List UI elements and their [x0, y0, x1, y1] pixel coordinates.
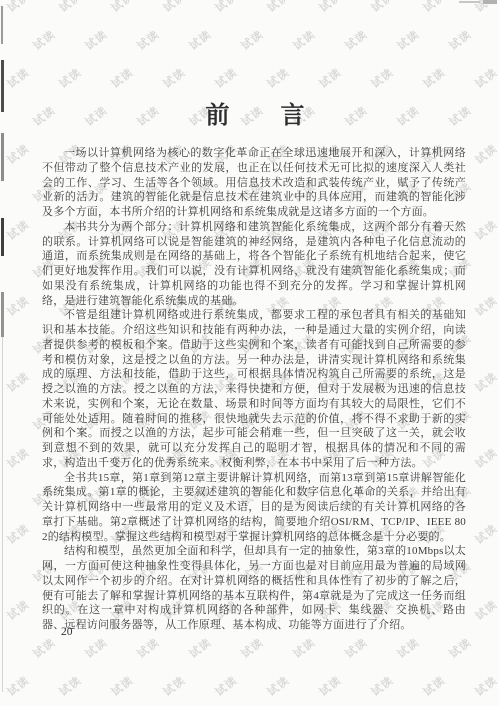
watermark-text: 试读: [264, 672, 293, 699]
watermark-text: 试读: [56, 672, 85, 699]
watermark-text: 试读: [342, 26, 371, 53]
watermark-text: 试读: [134, 634, 163, 661]
watermark-text: 试读: [472, 140, 499, 167]
watermark-text: 试读: [472, 596, 499, 623]
watermark-text: 试读: [368, 0, 397, 16]
watermark-text: 试读: [186, 634, 215, 661]
watermark-text: 试读: [472, 368, 499, 395]
watermark-text: 试读: [4, 520, 33, 547]
watermark-text: 试读: [56, 64, 85, 91]
watermark-text: 试读: [4, 64, 33, 91]
body-text: 一场以计算机网络为核心的数字化革命正在全球迅速地展开和深入，计算机网络不但带动了…: [42, 146, 466, 633]
watermark-text: 试读: [82, 634, 111, 661]
watermark-text: 试读: [108, 0, 137, 16]
scan-artifact-left-bar: [1, 6, 3, 44]
watermark-text: 试读: [316, 64, 345, 91]
watermark-text: 试读: [56, 0, 85, 16]
watermark-text: 试读: [4, 672, 33, 699]
watermark-text: 试读: [472, 292, 499, 319]
page-number: 20: [61, 626, 73, 638]
watermark-text: 试读: [160, 0, 189, 16]
paragraph: 全书共15章，第1章到第12章主要讲解计算机网络，而第13章到第15章讲解智能化…: [42, 471, 466, 545]
paragraph: 本书共分为两个部分：计算机网络和建筑智能化系统集成，这两个部分有着天然的联系。计…: [42, 220, 466, 309]
watermark-text: 试读: [212, 64, 241, 91]
scanned-page: 试读试读试读试读试读试读试读试读试读试读试读试读试读试读试读试读试读试读试读试读…: [0, 0, 499, 706]
watermark-text: 试读: [472, 672, 499, 699]
watermark-text: 试读: [472, 444, 499, 471]
watermark-text: 试读: [30, 26, 59, 53]
watermark-text: 试读: [4, 596, 33, 623]
watermark-text: 试读: [186, 26, 215, 53]
paragraph: 结构和模型，虽然更加全面和科学，但却具有一定的抽象性，第3章的10Mbps以太网…: [42, 544, 466, 633]
scan-artifact-top-right: [459, 1, 480, 3]
watermark-text: 试读: [420, 672, 449, 699]
watermark-text: 试读: [30, 634, 59, 661]
watermark-text: 试读: [368, 672, 397, 699]
watermark-text: 试读: [290, 634, 319, 661]
watermark-text: 试读: [4, 368, 33, 395]
watermark-text: 试读: [472, 64, 499, 91]
watermark-text: 试读: [212, 672, 241, 699]
watermark-text: 试读: [238, 26, 267, 53]
watermark-text: 试读: [394, 634, 423, 661]
watermark-text: 试读: [368, 64, 397, 91]
watermark-text: 试读: [342, 634, 371, 661]
watermark-text: 试读: [446, 26, 475, 53]
watermark-text: 试读: [4, 0, 33, 16]
paragraph: 一场以计算机网络为核心的数字化革命正在全球迅速地展开和深入，计算机网络不但带动了…: [42, 146, 466, 220]
watermark-text: 试读: [108, 64, 137, 91]
watermark-text: 试读: [160, 672, 189, 699]
watermark-text: 试读: [316, 672, 345, 699]
watermark-text: 试读: [4, 140, 33, 167]
page-title: 前 言: [0, 95, 499, 130]
watermark-text: 试读: [4, 444, 33, 471]
watermark-text: 试读: [4, 216, 33, 243]
watermark-text: 试读: [420, 0, 449, 16]
scan-artifact-top-right: [483, 0, 497, 4]
watermark-text: 试读: [264, 0, 293, 16]
watermark-text: 试读: [82, 26, 111, 53]
watermark-text: 试读: [108, 672, 137, 699]
watermark-text: 试读: [264, 64, 293, 91]
watermark-text: 试读: [212, 0, 241, 16]
scan-artifact-left-bar: [1, 133, 4, 181]
watermark-text: 试读: [446, 634, 475, 661]
watermark-text: 试读: [472, 216, 499, 243]
scan-artifact-left-bar: [2, 337, 3, 692]
watermark-text: 试读: [238, 634, 267, 661]
watermark-text: 试读: [290, 26, 319, 53]
watermark-text: 试读: [160, 64, 189, 91]
watermark-text: 试读: [4, 292, 33, 319]
scan-artifact-left-bar: [1, 292, 4, 337]
watermark-text: 试读: [394, 26, 423, 53]
watermark-text: 试读: [472, 520, 499, 547]
paragraph: 不管是组建计算机网络或进行系统集成，都要求工程的承包者具有相关的基础知识和基本技…: [42, 308, 466, 470]
watermark-text: 试读: [420, 64, 449, 91]
scan-artifact-left-bar: [1, 218, 4, 256]
watermark-text: 试读: [316, 0, 345, 16]
watermark-text: 试读: [134, 26, 163, 53]
